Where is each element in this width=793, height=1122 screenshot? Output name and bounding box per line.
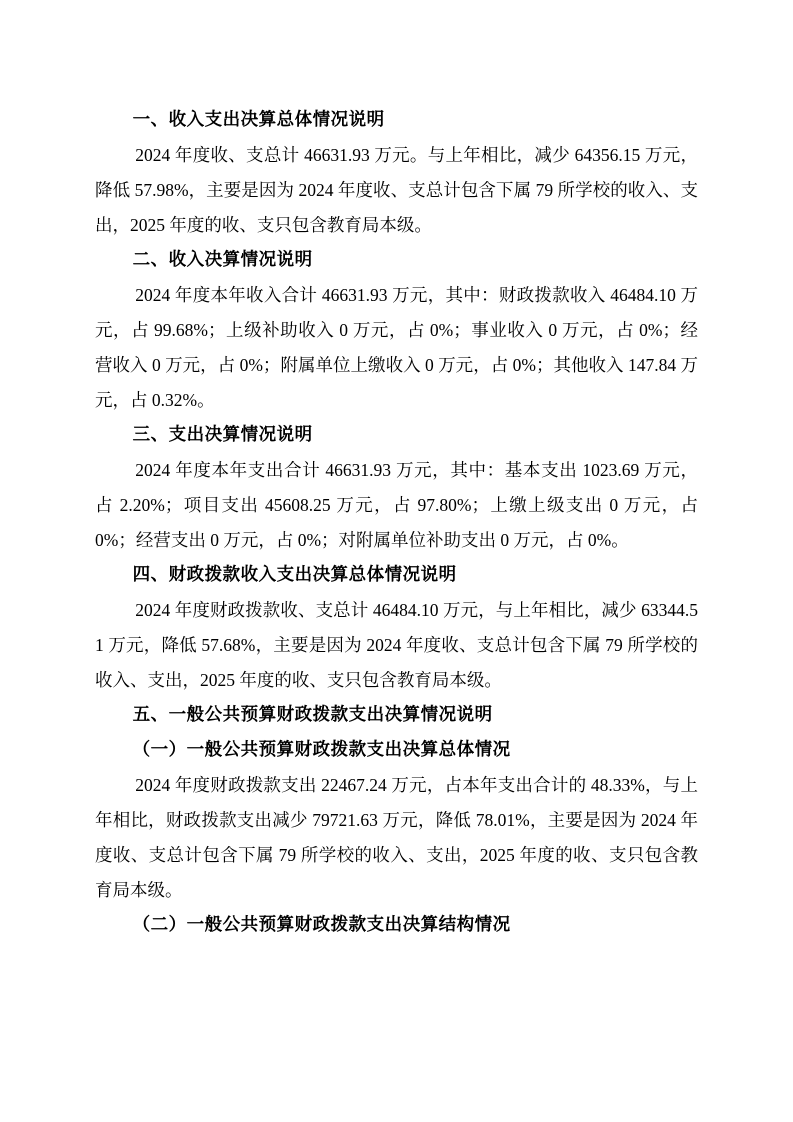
section-5-heading: 五、一般公共预算财政拨款支出决算情况说明 — [95, 698, 698, 733]
section-3-heading: 三、支出决算情况说明 — [95, 418, 698, 453]
section-5-subheading-1: （一）一般公共预算财政拨款支出决算总体情况 — [95, 733, 698, 768]
section-4-heading: 四、财政拨款收入支出决算总体情况说明 — [95, 558, 698, 593]
section-1-paragraph: 2024 年度收、支总计 46631.93 万元。与上年相比，减少 64356.… — [95, 138, 698, 243]
section-5-subheading-2: （二）一般公共预算财政拨款支出决算结构情况 — [95, 908, 698, 943]
section-5-paragraph-1: 2024 年度财政拨款支出 22467.24 万元，占本年支出合计的 48.33… — [95, 768, 698, 908]
section-2-heading: 二、收入决算情况说明 — [95, 243, 698, 278]
section-3-paragraph: 2024 年度本年支出合计 46631.93 万元，其中：基本支出 1023.6… — [95, 453, 698, 558]
section-2-paragraph: 2024 年度本年收入合计 46631.93 万元，其中：财政拨款收入 4648… — [95, 278, 698, 418]
section-4-paragraph: 2024 年度财政拨款收、支总计 46484.10 万元，与上年相比，减少 63… — [95, 593, 698, 698]
document-page: 一、收入支出决算总体情况说明 2024 年度收、支总计 46631.93 万元。… — [0, 0, 793, 1122]
document-body: 一、收入支出决算总体情况说明 2024 年度收、支总计 46631.93 万元。… — [95, 103, 698, 943]
section-1-heading: 一、收入支出决算总体情况说明 — [95, 103, 698, 138]
